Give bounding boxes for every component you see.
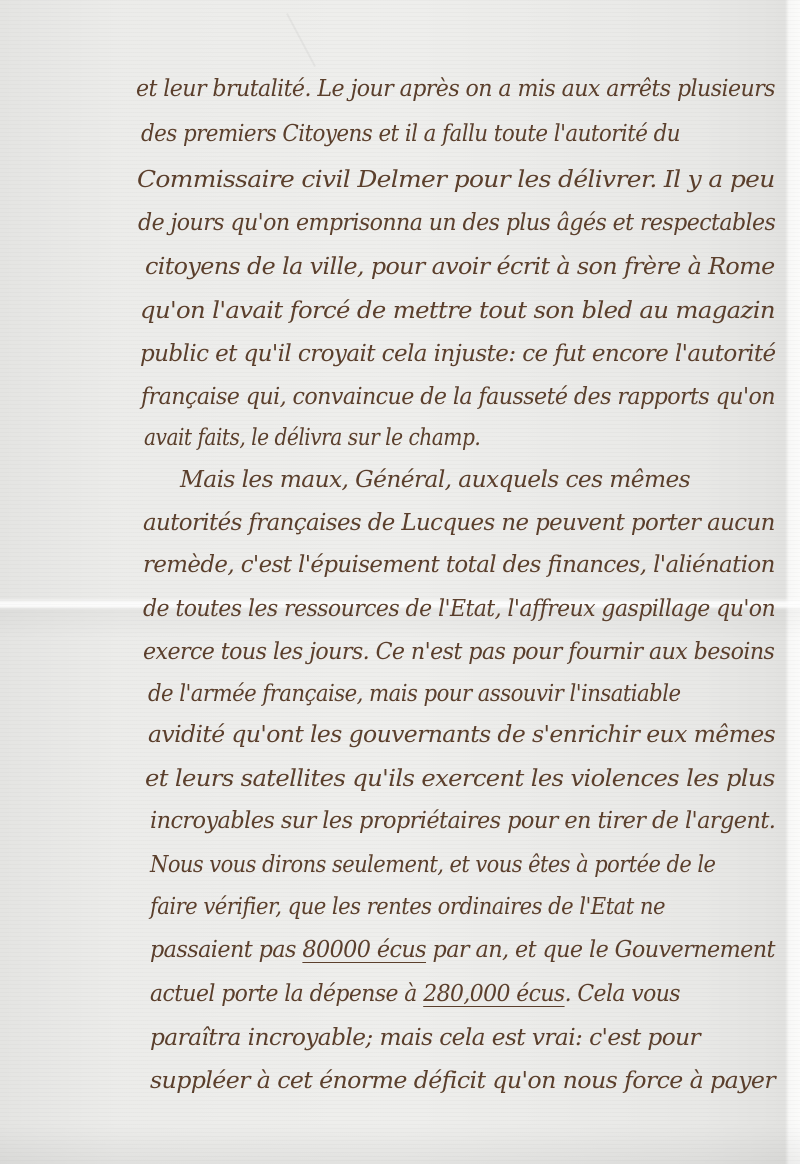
manuscript-line-19: Nous vous dirons seulement, et vous êtes… <box>150 852 715 878</box>
manuscript-line-8: française qui, convaincue de la fausseté… <box>141 384 775 410</box>
manuscript-line-7: public et qu'il croyait cela injuste: ce… <box>140 341 776 367</box>
manuscript-line-17: et leurs satellites qu'ils exercent les … <box>145 766 775 792</box>
manuscript-line-13: de toutes les ressources de l'Etat, l'af… <box>143 596 775 622</box>
manuscript-page: et leur brutalité. Le jour après on a mi… <box>0 0 800 1164</box>
manuscript-line-4: de jours qu'on emprisonna un des plus âg… <box>138 210 775 236</box>
manuscript-line-10: Mais les maux, Général, auxquels ces mêm… <box>180 467 690 493</box>
manuscript-line-6: qu'on l'avait forcé de mettre tout son b… <box>140 298 775 324</box>
manuscript-line-12: remède, c'est l'épuisement total des fin… <box>143 552 775 578</box>
manuscript-line-24: suppléer à cet énorme déficit qu'on nous… <box>150 1068 775 1094</box>
manuscript-line-9: avait faits, le délivra sur le champ. <box>144 425 480 451</box>
manuscript-line-23: paraîtra incroyable; mais cela est vrai:… <box>150 1025 700 1051</box>
manuscript-line-14: exerce tous les jours. Ce n'est pas pour… <box>143 639 774 665</box>
underlined-amount: 80000 écus <box>302 937 426 963</box>
underlined-amount: 280,000 écus <box>423 981 564 1007</box>
manuscript-line-16: avidité qu'ont les gouvernants de s'enri… <box>148 722 775 748</box>
manuscript-text: et leur brutalité. Le jour après on a mi… <box>0 0 800 1164</box>
manuscript-line-21: passaient pas 80000 écus par an, et que … <box>150 937 775 963</box>
manuscript-line-2: des premiers Citoyens et il a fallu tout… <box>141 121 680 147</box>
manuscript-line-22: actuel porte la dépense à 280,000 écus. … <box>150 981 680 1007</box>
manuscript-line-18: incroyables sur les propriétaires pour e… <box>150 808 775 834</box>
manuscript-line-20: faire vérifier, que les rentes ordinaire… <box>150 894 665 920</box>
manuscript-line-15: de l'armée française, mais pour assouvir… <box>148 681 680 707</box>
manuscript-line-1: et leur brutalité. Le jour après on a mi… <box>136 76 775 102</box>
manuscript-line-3: Commissaire civil Delmer pour les délivr… <box>137 167 775 193</box>
paper-bottom-shade <box>0 1124 800 1164</box>
manuscript-line-11: autorités françaises de Lucques ne peuve… <box>143 510 775 536</box>
manuscript-line-5: citoyens de la ville, pour avoir écrit à… <box>145 254 775 280</box>
